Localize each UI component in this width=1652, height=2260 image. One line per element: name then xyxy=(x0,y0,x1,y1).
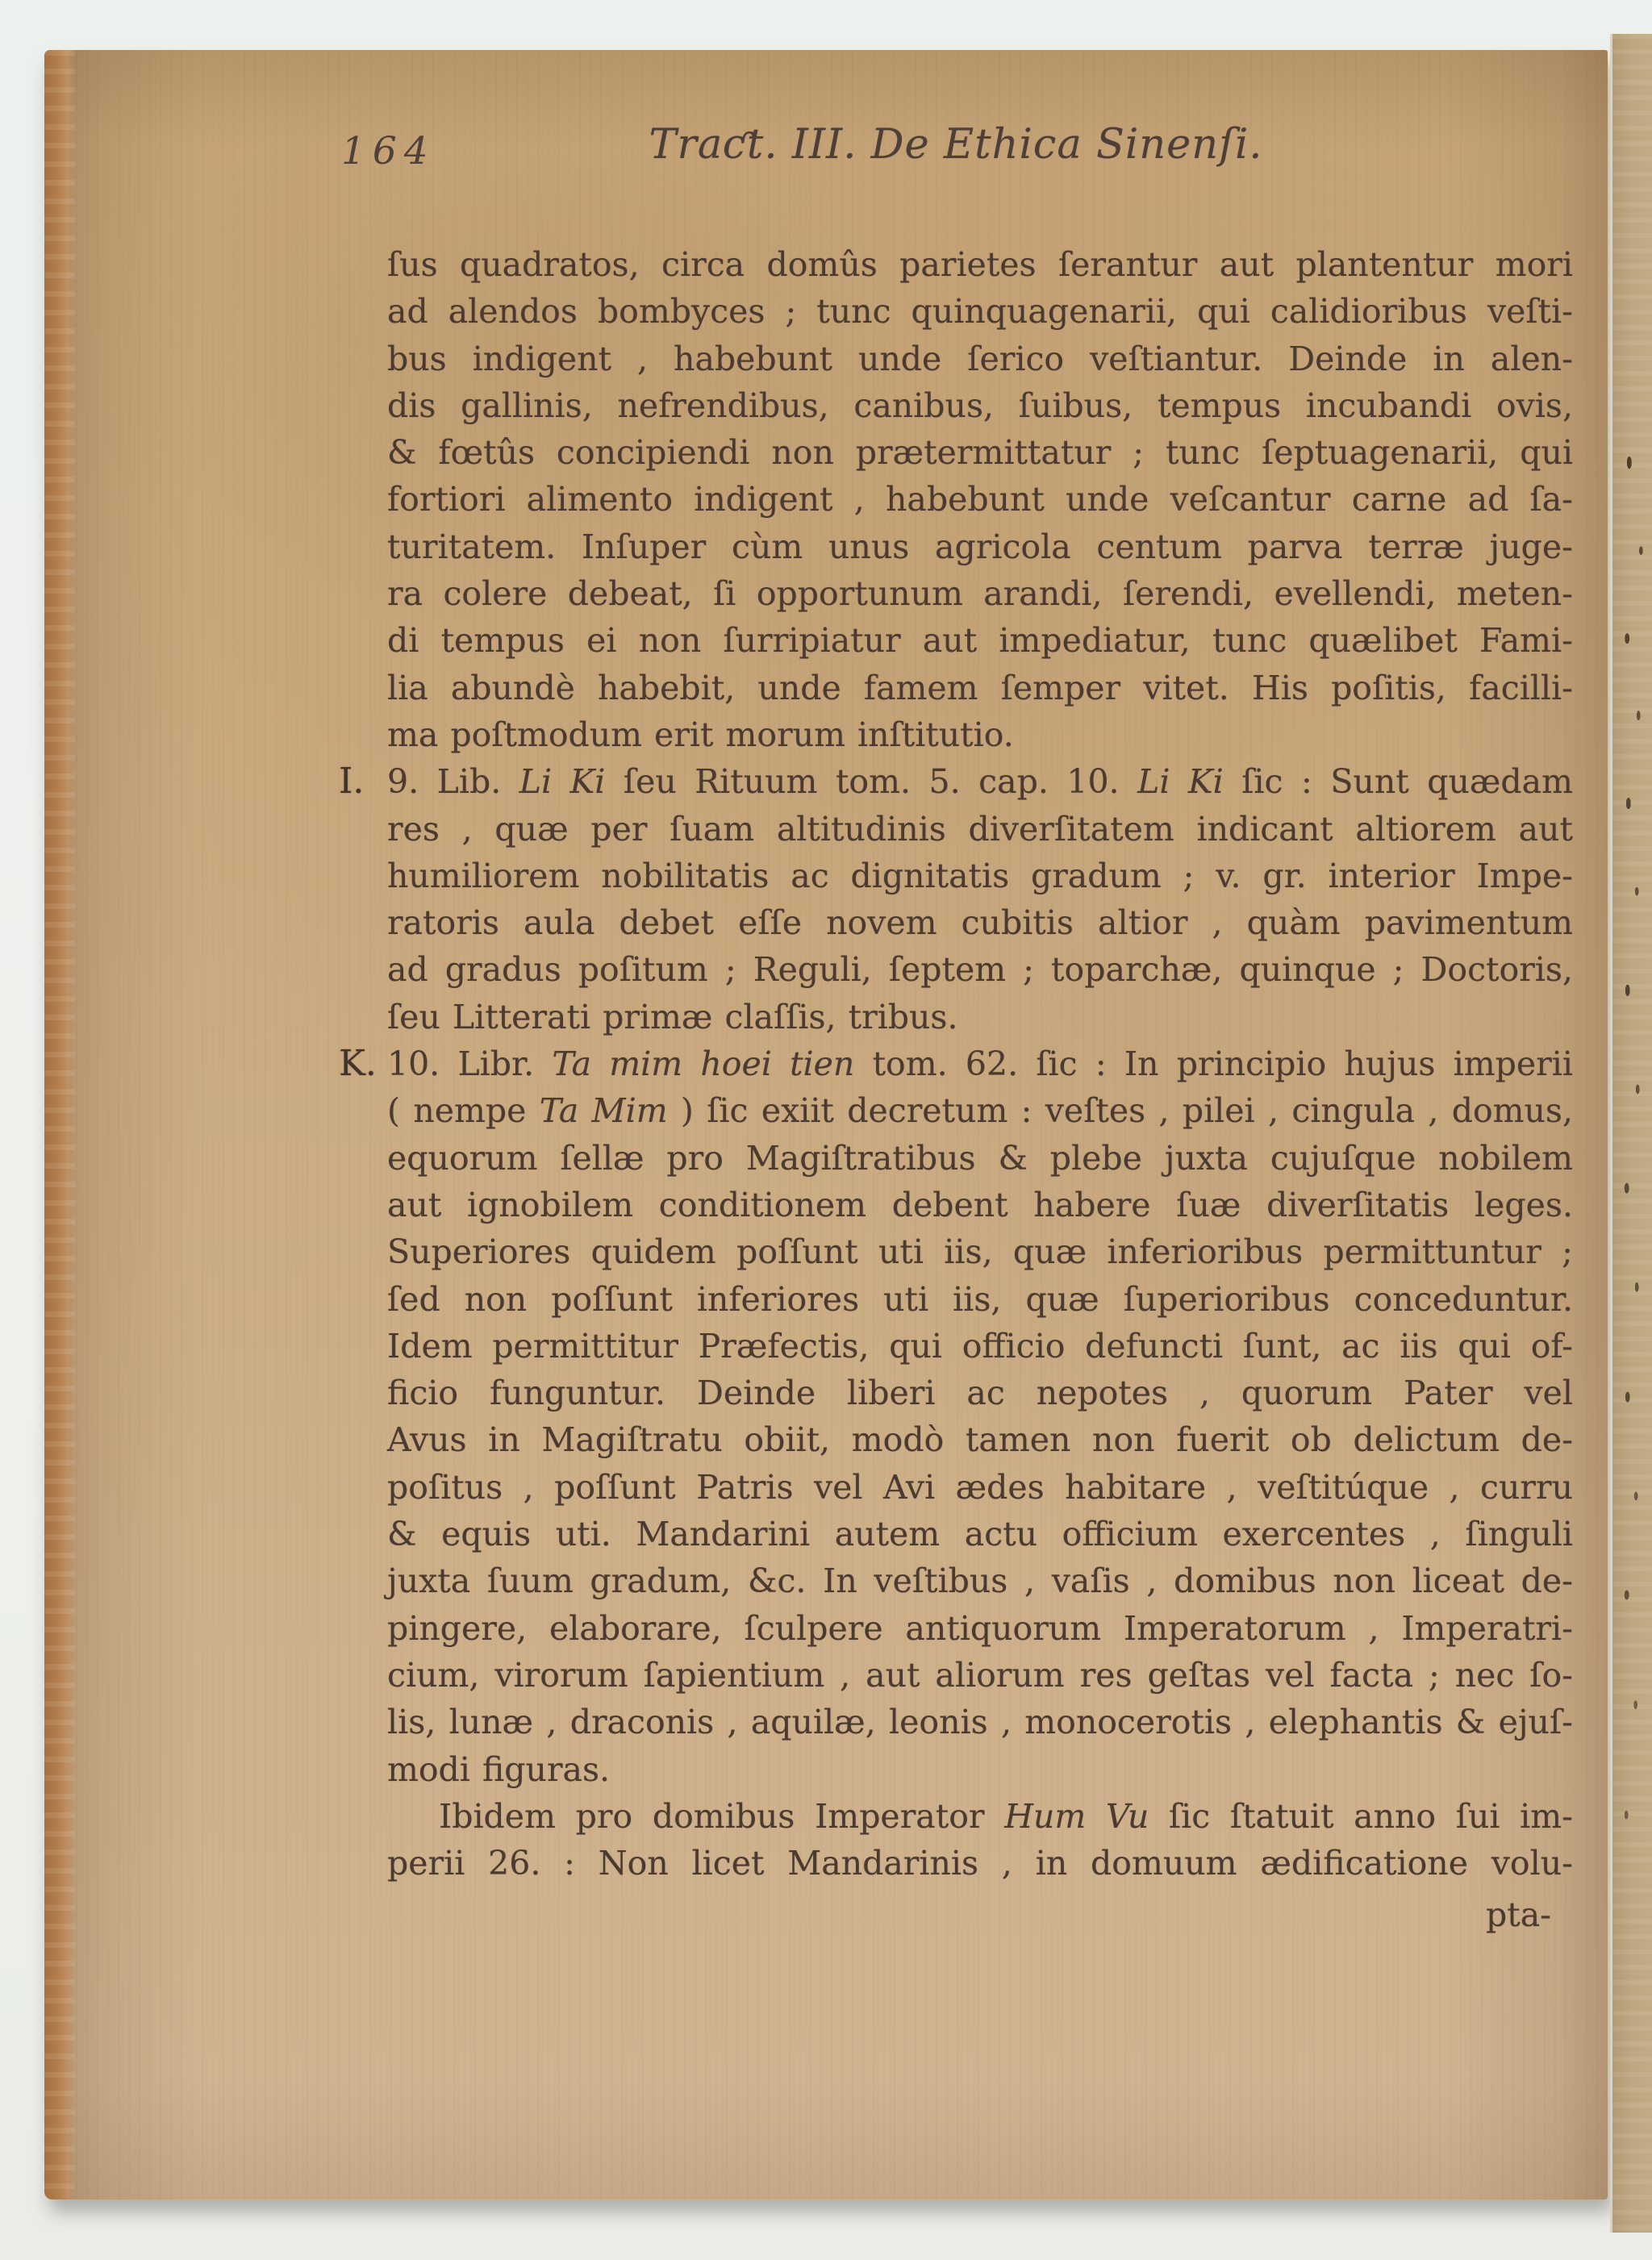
text-run: res , quæ per ſuam altitudinis diverſita… xyxy=(387,810,1573,849)
text-line: di tempus ei non ſurripiatur aut impedia… xyxy=(387,617,1573,664)
text-line: ratoris aula debet eſſe novem cubitis al… xyxy=(387,899,1573,946)
text-run: ad alendos bombyces ; tunc quinquagenari… xyxy=(387,292,1573,331)
text-run: Superiores quidem poſſunt uti iis, quæ i… xyxy=(387,1232,1573,1271)
italic-text-run: Ta mim hoei tien xyxy=(552,1045,854,1083)
text-line: humiliorem nobilitatis ac dignitatis gra… xyxy=(387,853,1573,899)
text-run: modi figuras. xyxy=(387,1750,610,1789)
text-run: juxta ſuum gradum, &c. In veſtibus , vaſ… xyxy=(387,1562,1573,1600)
text-run: aut ignobilem conditionem debent habere … xyxy=(387,1186,1573,1224)
text-run: tom. 62. ſic : In principio hujus imperi… xyxy=(854,1045,1573,1083)
text-run: ( nempe xyxy=(387,1091,540,1130)
running-title: Traƈt. III. De Ethica Sinenſi. xyxy=(561,121,1351,169)
text-run: ) ſic exiit decretum : veſtes , pilei , … xyxy=(668,1091,1573,1130)
text-run: & fœtûs concipiendi non prætermittatur ;… xyxy=(387,433,1573,472)
margin-paragraph-letter: K. xyxy=(339,1040,377,1087)
text-run: & equis uti. Mandarini autem actu offici… xyxy=(387,1515,1573,1553)
text-line: turitatem. Inſuper cùm unus agricola cen… xyxy=(387,523,1573,570)
text-line: pingere, elaborare, ſculpere antiquorum … xyxy=(387,1605,1573,1652)
text-line: res , quæ per ſuam altitudinis diverſita… xyxy=(387,806,1573,853)
text-run: ficio funguntur. Deinde liberi ac nepote… xyxy=(387,1374,1573,1412)
text-line: ma poſtmodum erit morum inſtitutio. xyxy=(387,711,1573,758)
book-page: 164 Traƈt. III. De Ethica Sinenſi. ſus q… xyxy=(44,50,1608,2200)
text-run: ſic ſtatuit anno ſui im- xyxy=(1149,1797,1573,1836)
text-line: ſus quadratos, circa domûs parietes ſera… xyxy=(387,241,1573,288)
margin-paragraph-letter: I. xyxy=(339,758,364,805)
text-run: pingere, elaborare, ſculpere antiquorum … xyxy=(387,1609,1573,1648)
text-run: ſus quadratos, circa domûs parietes ſera… xyxy=(387,245,1573,284)
text-line: ra colere debeat, ſi opportunum arandi, … xyxy=(387,570,1573,617)
text-run: 9. Lib. xyxy=(387,762,519,801)
text-line: fortiori alimento indigent , habebunt un… xyxy=(387,476,1573,523)
catchword: pta- xyxy=(1486,1895,1551,1934)
text-run: cium, virorum ſapientium , aut aliorum r… xyxy=(387,1656,1573,1695)
text-line: modi figuras. xyxy=(387,1746,1573,1793)
italic-text-run: Li Ki xyxy=(1137,762,1224,801)
text-line: cium, virorum ſapientium , aut aliorum r… xyxy=(387,1652,1573,1699)
text-line: bus indigent , habebunt unde ſerico veſt… xyxy=(387,336,1573,382)
italic-text-run: Ta Mim xyxy=(540,1091,668,1130)
text-run: di tempus ei non ſurripiatur aut impedia… xyxy=(387,621,1573,660)
italic-text-run: Li Ki xyxy=(519,762,606,801)
text-run: ma poſtmodum erit morum inſtitutio. xyxy=(387,715,1014,754)
text-line: lis, lunæ , draconis , aquilæ, leonis , … xyxy=(387,1699,1573,1745)
text-line: ad gradus poſitum ; Reguli, ſeptem ; top… xyxy=(387,946,1573,993)
text-line: ( nempe Ta Mim ) ſic exiit decretum : ve… xyxy=(387,1087,1573,1134)
text-run: Idem permittitur Præfectis, qui officio … xyxy=(387,1327,1573,1366)
text-run: ſeu Litterati primæ claſſis, tribus. xyxy=(387,998,958,1036)
text-block: ſus quadratos, circa domûs parietes ſera… xyxy=(387,241,1573,1887)
text-run: Ibidem pro domibus Imperator xyxy=(439,1797,1004,1836)
text-line: Ibidem pro domibus Imperator Hum Vu ſic … xyxy=(387,1793,1573,1840)
text-run: poſitus , poſſunt Patris vel Avi ædes ha… xyxy=(387,1468,1573,1507)
text-line: & equis uti. Mandarini autem actu offici… xyxy=(387,1511,1573,1557)
text-run: humiliorem nobilitatis ac dignitatis gra… xyxy=(387,857,1573,895)
text-line: I.9. Lib. Li Ki ſeu Rituum tom. 5. cap. … xyxy=(387,758,1573,805)
text-line: poſitus , poſſunt Patris vel Avi ædes ha… xyxy=(387,1464,1573,1511)
text-line: Avus in Magiſtratu obiit, modò tamen non… xyxy=(387,1416,1573,1463)
text-line: equorum ſellæ pro Magiſtratibus & plebe … xyxy=(387,1135,1573,1182)
text-line: ad alendos bombyces ; tunc quinquagenari… xyxy=(387,288,1573,335)
text-line: ſeu Litterati primæ claſſis, tribus. xyxy=(387,994,1573,1040)
text-line: Idem permittitur Præfectis, qui officio … xyxy=(387,1323,1573,1370)
text-line: dis gallinis, nefrendibus, canibus, ſuib… xyxy=(387,382,1573,429)
text-run: bus indigent , habebunt unde ſerico veſt… xyxy=(387,340,1573,378)
page-gutter-edge xyxy=(44,50,75,2200)
text-line: ſed non poſſunt inferiores uti iis, quæ … xyxy=(387,1276,1573,1323)
text-line: Superiores quidem poſſunt uti iis, quæ i… xyxy=(387,1228,1573,1275)
text-run: Avus in Magiſtratu obiit, modò tamen non… xyxy=(387,1420,1573,1459)
text-run: ſic : Sunt quædam xyxy=(1224,762,1573,801)
text-run: ſed non poſſunt inferiores uti iis, quæ … xyxy=(387,1280,1573,1319)
text-line: & fœtûs concipiendi non prætermittatur ;… xyxy=(387,429,1573,476)
text-run: dis gallinis, nefrendibus, canibus, ſuib… xyxy=(387,386,1573,425)
text-run: ſeu Rituum tom. 5. cap. 10. xyxy=(605,762,1137,801)
text-line: lia abundè habebit, unde famem ſemper vi… xyxy=(387,665,1573,711)
text-run: equorum ſellæ pro Magiſtratibus & plebe … xyxy=(387,1139,1573,1178)
text-line: aut ignobilem conditionem debent habere … xyxy=(387,1182,1573,1228)
text-run: turitatem. Inſuper cùm unus agricola cen… xyxy=(387,527,1573,566)
italic-text-run: Hum Vu xyxy=(1004,1797,1149,1836)
text-run: lia abundè habebit, unde famem ſemper vi… xyxy=(387,669,1573,707)
text-run: ad gradus poſitum ; Reguli, ſeptem ; top… xyxy=(387,950,1573,989)
text-run: perii 26. : Non licet Mandarinis , in do… xyxy=(387,1844,1573,1883)
text-run: 10. Libr. xyxy=(387,1045,552,1083)
text-run: ratoris aula debet eſſe novem cubitis al… xyxy=(387,903,1573,942)
page-number: 164 xyxy=(341,129,436,173)
text-line: perii 26. : Non licet Mandarinis , in do… xyxy=(387,1840,1573,1887)
text-run: lis, lunæ , draconis , aquilæ, leonis , … xyxy=(387,1703,1573,1741)
text-line: K.10. Libr. Ta mim hoei tien tom. 62. ſi… xyxy=(387,1040,1573,1087)
text-run: fortiori alimento indigent , habebunt un… xyxy=(387,480,1573,519)
text-line: ficio funguntur. Deinde liberi ac nepote… xyxy=(387,1370,1573,1416)
text-line: juxta ſuum gradum, &c. In veſtibus , vaſ… xyxy=(387,1557,1573,1604)
adjacent-page-edge xyxy=(1610,34,1652,2233)
text-run: ra colere debeat, ſi opportunum arandi, … xyxy=(387,574,1573,613)
